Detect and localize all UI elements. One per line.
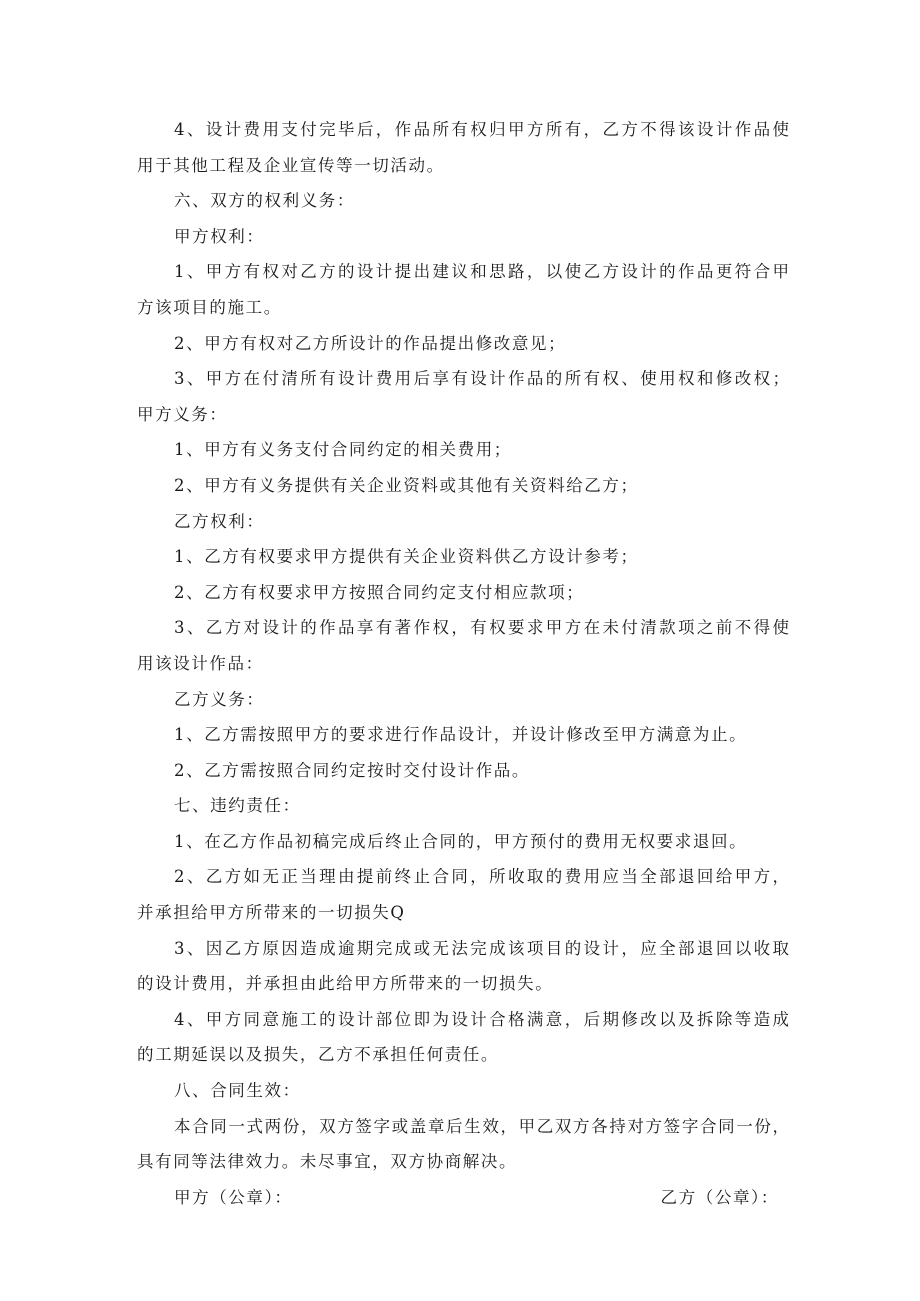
text-line: 4、设计费用支付完毕后，作品所有权归甲方所有，乙方不得该设计作品使 [137, 112, 789, 148]
text-line: 用于其他工程及企业宣传等一切活动。 [137, 148, 789, 184]
text-line: 八、合同生效： [137, 1073, 789, 1109]
text-line: 乙方义务： [137, 682, 789, 718]
text-line: 七、违约责任： [137, 788, 789, 824]
text-line: 1、乙方有权要求甲方提供有关企业资料供乙方设计参考； [137, 539, 789, 575]
text-line: 的工期延误以及损失，乙方不承担任何责任。 [137, 1037, 789, 1073]
text-line: 方该项目的施工。 [137, 290, 789, 326]
text-line: 2、乙方如无正当理由提前终止合同，所收取的费用应当全部退回给甲方， [137, 859, 789, 895]
text-line: 的设计费用，并承担由此给甲方所带来的一切损失。 [137, 966, 789, 1002]
text-line: 3、甲方在付清所有设计费用后享有设计作品的所有权、使用权和修改权； [137, 361, 789, 397]
text-line: 本合同一式两份，双方签字或盖章后生效，甲乙双方各持对方签字合同一份， [137, 1109, 789, 1145]
text-line: 2、甲方有义务提供有关企业资料或其他有关资料给乙方； [137, 468, 789, 504]
text-line: 2、乙方有权要求甲方按照合同约定支付相应款项； [137, 575, 789, 611]
contract-body: 4、设计费用支付完毕后，作品所有权归甲方所有，乙方不得该设计作品使用于其他工程及… [137, 112, 789, 1180]
contract-page: 4、设计费用支付完毕后，作品所有权归甲方所有，乙方不得该设计作品使用于其他工程及… [137, 112, 789, 1215]
text-line: 甲方义务： [137, 397, 789, 433]
text-line: 用该设计作品： [137, 646, 789, 682]
text-line: 六、双方的权利义务： [137, 183, 789, 219]
text-line: 3、乙方对设计的作品享有著作权，有权要求甲方在未付清款项之前不得使 [137, 610, 789, 646]
text-line: 2、乙方需按照合同约定按时交付设计作品。 [137, 753, 789, 789]
text-line: 并承担给甲方所带来的一切损失Q [137, 895, 789, 931]
text-line: 甲方权利： [137, 219, 789, 255]
text-line: 1、甲方有权对乙方的设计提出建议和思路，以使乙方设计的作品更符合甲 [137, 254, 789, 290]
text-line: 2、甲方有权对乙方所设计的作品提出修改意见； [137, 326, 789, 362]
party-a-seal-label: 甲方（公章）： [174, 1180, 292, 1216]
text-line: 3、因乙方原因造成逾期完成或无法完成该项目的设计，应全部退回以收取 [137, 931, 789, 967]
text-line: 1、在乙方作品初稿完成后终止合同的，甲方预付的费用无权要求退回。 [137, 824, 789, 860]
text-line: 1、乙方需按照甲方的要求进行作品设计，并设计修改至甲方满意为止。 [137, 717, 789, 753]
text-line: 乙方权利： [137, 504, 789, 540]
text-line: 1、甲方有义务支付合同约定的相关费用； [137, 432, 789, 468]
party-b-seal-label: 乙方（公章）： [661, 1180, 779, 1216]
text-line: 4、甲方同意施工的设计部位即为设计合格满意，后期修改以及拆除等造成 [137, 1002, 789, 1038]
signature-row: 甲方（公章）： 乙方（公章）： [137, 1180, 789, 1216]
text-line: 具有同等法律效力。未尽事宜，双方协商解决。 [137, 1144, 789, 1180]
